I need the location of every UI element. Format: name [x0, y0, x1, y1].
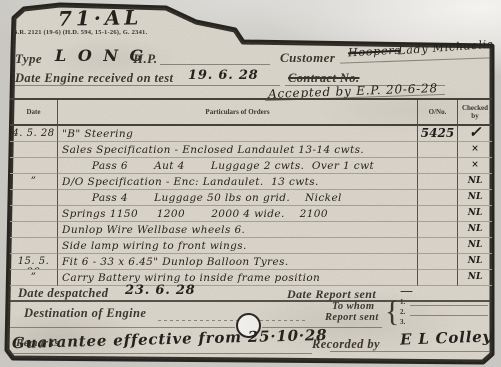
card-content: 71·AL B.R. 2121 (19-6) (H.D. 594, 15-1-2… — [0, 0, 501, 367]
row-check: ✓ — [458, 126, 492, 142]
towhom-label-1: To whom — [332, 301, 374, 312]
row-date — [10, 142, 58, 158]
row-ono — [418, 142, 458, 158]
table-row: Dunlop Wire Wellbase wheels 6.NL — [10, 222, 492, 238]
despatched-label: Date despatched — [18, 286, 108, 301]
col-header-checked: Checked by — [458, 100, 492, 124]
rule-recorded — [330, 351, 490, 352]
towhom-label-2: Report sent — [325, 312, 379, 323]
table-row: Side lamp wiring to front wings.NL — [10, 238, 492, 254]
row-ono — [418, 270, 458, 286]
rule-type — [160, 64, 270, 65]
rule-towhom-1 — [410, 305, 488, 306]
rule-received — [15, 85, 280, 86]
hp-label: H.P. — [133, 51, 157, 67]
row-date — [10, 158, 58, 174]
row-date: ” — [10, 270, 58, 286]
row-date: ” — [10, 174, 58, 190]
row-check: NL — [458, 190, 492, 206]
row-particulars: Pass 6 Aut 4 Luggage 2 cwts. Over 1 cwt — [58, 158, 418, 174]
towhom-brace: { — [385, 295, 399, 329]
row-check: NL — [458, 206, 492, 222]
row-date — [10, 222, 58, 238]
received-value: 19. 6. 28 — [188, 68, 259, 83]
row-particulars: Springs 1150 1200 2000 4 wide. 2100 — [58, 206, 418, 222]
towhom-item-3: 3. — [400, 318, 405, 326]
row-ono — [418, 174, 458, 190]
rule-despatch — [10, 300, 491, 302]
row-date — [10, 206, 58, 222]
table-row: Sales Specification - Enclosed Landaulet… — [10, 142, 492, 158]
row-ono — [418, 190, 458, 206]
row-particulars: Carry Battery wiring to inside frame pos… — [58, 270, 418, 286]
table-row: ”Carry Battery wiring to inside frame po… — [10, 270, 492, 286]
row-particulars: Pass 4 Luggage 50 lbs on grid. Nickel — [58, 190, 418, 206]
rule-remarks — [12, 353, 312, 354]
tab-chassis-number: 71·AL — [58, 5, 143, 30]
row-ono — [418, 158, 458, 174]
despatched-value: 23. 6. 28 — [125, 283, 196, 298]
row-date: 15. 5. 28 — [10, 254, 58, 270]
table-row: ”D/O Specification - Enc: Landaulet. 13 … — [10, 174, 492, 190]
rule-destination — [158, 320, 308, 321]
scanned-record-card: 71·AL B.R. 2121 (19-6) (H.D. 594, 15-1-2… — [0, 0, 501, 367]
form-reference: B.R. 2121 (19-6) (H.D. 594, 15-1-26), G.… — [13, 29, 147, 36]
row-check: NL — [458, 270, 492, 286]
row-particulars: Sales Specification - Enclosed Landaulet… — [58, 142, 418, 158]
table-row: Springs 1150 1200 2000 4 wide. 2100NL — [10, 206, 492, 222]
recorded-label: Recorded by — [312, 337, 380, 352]
row-check: NL — [458, 222, 492, 238]
towhom-item-1: 1. — [400, 298, 405, 306]
rule-towhom-2 — [410, 315, 488, 316]
row-particulars: Dunlop Wire Wellbase wheels 6. — [58, 222, 418, 238]
row-date: 4. 5. 28 — [10, 126, 58, 142]
row-particulars: D/O Specification - Enc: Landaulet. 13 c… — [58, 174, 418, 190]
col-header-date: Date — [10, 100, 58, 124]
row-particulars: Fit 6 - 33 x 6.45" Dunlop Balloon Tyres. — [58, 254, 418, 270]
customer-label: Customer — [280, 50, 335, 66]
row-check: NL — [458, 254, 492, 270]
destination-label: Destination of Engine — [24, 306, 146, 321]
table-row: 4. 5. 28"B" Steering5425✓ — [10, 126, 492, 142]
type-label: Type — [15, 51, 42, 67]
received-label: Date Engine received on test — [15, 71, 173, 86]
row-check: NL — [458, 174, 492, 190]
table-row: Pass 4 Luggage 50 lbs on grid. NickelNL — [10, 190, 492, 206]
table-row: 15. 5. 28Fit 6 - 33 x 6.45" Dunlop Ballo… — [10, 254, 492, 270]
row-date — [10, 238, 58, 254]
report-sent-value: — — [400, 284, 414, 299]
row-ono — [418, 222, 458, 238]
customer-value: Lady Michaelis — [398, 38, 494, 58]
table-row: Pass 6 Aut 4 Luggage 2 cwts. Over 1 cwt× — [10, 158, 492, 174]
col-header-ono: O/No. — [418, 100, 458, 124]
orders-table-header: Date Particulars of Orders O/No. Checked… — [10, 100, 492, 126]
row-check: × — [458, 142, 492, 158]
rule-mid-1 — [10, 327, 235, 328]
table-rows: 4. 5. 28"B" Steering5425✓Sales Specifica… — [10, 126, 492, 286]
row-check: × — [458, 158, 492, 174]
row-ono: 5425 — [418, 126, 458, 142]
row-ono — [418, 254, 458, 270]
col-header-particulars: Particulars of Orders — [58, 100, 418, 124]
row-particulars: Side lamp wiring to front wings. — [58, 238, 418, 254]
row-ono — [418, 238, 458, 254]
orders-table: Date Particulars of Orders O/No. Checked… — [10, 98, 492, 284]
row-particulars: "B" Steering — [58, 126, 418, 142]
row-check: NL — [458, 238, 492, 254]
customer-struck-value: Hoopers — [348, 44, 402, 60]
row-date — [10, 190, 58, 206]
recorded-value: E L Colley — [400, 327, 493, 348]
remarks-value: Guarantee effective from 25·10·28 — [12, 326, 328, 352]
towhom-item-2: 2. — [400, 308, 405, 316]
row-ono — [418, 206, 458, 222]
